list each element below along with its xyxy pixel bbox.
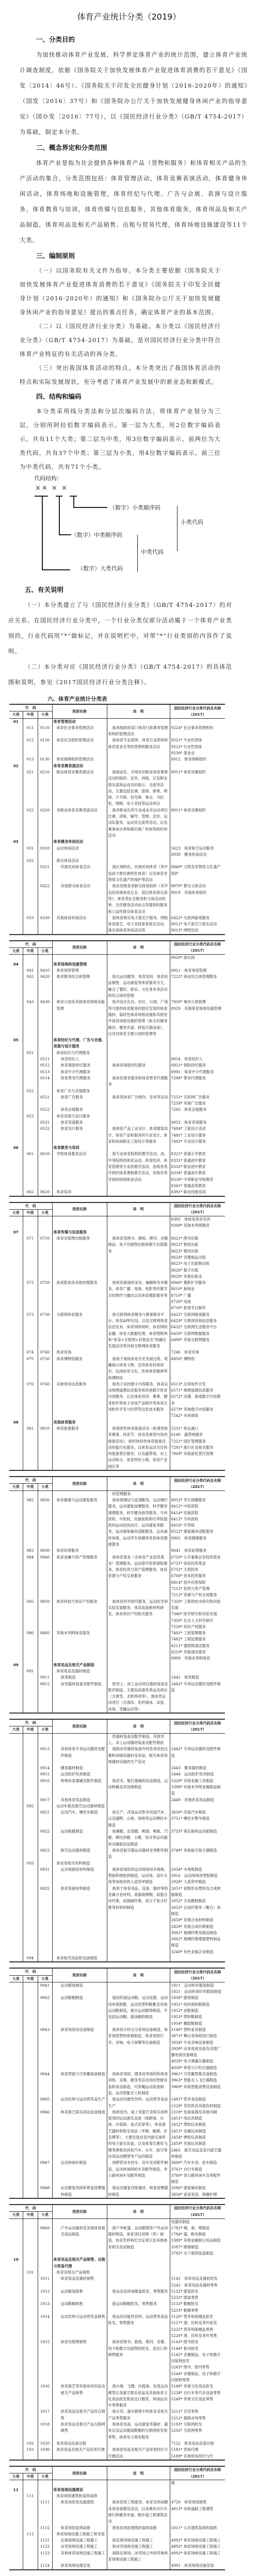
cell-category-name: 体育设计服务 [52,1126,107,1145]
cell-gb-codes: 2449 其他体育用品制造 [170,1797,225,1803]
cell-description [107,756,170,762]
cell-small-code: 0310 [38,845,52,858]
cell-mid-code: 071 [23,1235,38,1280]
cell-category-name: 运动船艇制造 [52,1828,107,1848]
cell-category-name: 运动饮料与运动营养品生产 [52,2096,107,2109]
cell-description [107,1189,170,1196]
gb-code-item: 3749* 其他航空航天器制造 [171,1848,224,1854]
cell-big-code [9,1746,23,1765]
table-row: 0514体育票务代理服务指体育票务服务和体育票务代理服务7298* 票务代理服务 [9,1075,225,1088]
gb-code-item: 8929 其他体育场地设施管理 [171,1006,224,1012]
cell-small-code: 0810 [38,1426,52,1470]
gb-code-item: 6490* 其他互联网服务 [171,1337,224,1343]
cell-description [107,1630,170,1662]
table-row: 0410410体育场馆管理8921 体育场馆管理 [9,968,225,974]
cell-description [107,2493,170,2499]
gb-code-item: 8211* 建筑物清洁服务 [171,1643,224,1649]
cell-gb-codes: 7850* 城市公园管理8929 其他体育场地设施管理 [170,999,225,1037]
cell-gb-codes [170,1037,225,1050]
cell-gb-codes: 2442* 专项运动器材及配件制造 [170,1681,225,1713]
cell-small-code: 0931 [38,1867,52,1886]
gb-code-item: 7340* 医学研究和试验发展 [171,1611,224,1617]
gb-code-item: 8622* 报纸出版 [171,1242,224,1248]
gb-code-item: 3587* 眼镜制造 [171,2244,224,2250]
cell-small-code [38,839,52,845]
cell-mid-code: 032 [23,858,38,864]
table-row: 0944体育智能与可穿戴装备制造指体育场馆、健身房等场所和体育训练、竞赛、健身等… [9,2071,225,2096]
gb-code-item: 3329* 其他金属工具制造 [171,1778,224,1784]
section-heading-principles: 三、编制原则 [0,248,258,264]
cell-big-code: 04 [9,961,23,968]
header-big: 大类 [9,2212,23,2218]
gb-code-item: 8621* 图书出版 [171,1235,224,1242]
gb-code-item: 5193* 互联网批发 [171,2421,224,2428]
header-mid: 中类 [23,1726,38,1733]
gb-code-item: 5249* 其他文化用品零售 [171,2396,224,2402]
table-page: 代 码类别名称说 明国民经济行业分类代码及名称（2017）大类中类小类的管理服务… [9,1476,225,1714]
cell-small-code: 0610 [38,1151,52,1189]
cell-small-code: 1030 [38,2447,52,2460]
gb-code-item: 8391* 职业技能培训 [171,1189,224,1195]
cell-gb-codes: 9052 体育表演服务 [170,1120,225,1126]
gb-code-item: 6422* 互联网游戏服务 [171,1312,224,1318]
cell-mid-code [23,2339,38,2383]
header-desc: 说 明 [107,1202,170,1216]
cell-gb-codes [170,1733,225,1746]
cell-description [107,1229,170,1235]
cell-category-name: 体育传媒与信息服务 [52,1229,107,1235]
table-row: 1015体育出版物销售指体育图书、报纸、期刊、音像、电子和数字出版物的批发、进出… [9,2339,225,2383]
cell-big-code [9,1497,23,1548]
cell-small-code: 0911 [38,1674,52,1681]
gb-code-item: 8999 其他未列明体育 [171,1655,224,1662]
cell-category-name: 体育博物馆服务 [52,1356,107,1381]
cell-small-code: 0750 [38,1356,52,1381]
cell-big-code [9,2289,23,2301]
cell-mid-code: 084 [23,1554,38,1599]
connector [42,496,43,570]
gb-code-item: 4720 体育场馆建筑 [171,2499,224,2505]
header-mid: 中类 [23,1484,38,1490]
header-big: 大类 [9,2473,23,2480]
cell-description [107,1216,170,1229]
cell-gb-codes: 5149* 其他文化用品批发5238* 自行车等代步设备零售5249* 其他文化… [170,2383,225,2409]
cell-description: 指雪上、冰上运动项目器材装备及配件制造。主要包括滑雪类运动项目（含滑雪、北欧两项… [107,1681,170,1713]
table-row: 0730730互联网体育服务指互联网体育健身与赛事服务平台，体育APP应用，以及… [9,1312,225,1350]
cell-gb-codes: 8060* 摄影扩印服务8610* 新闻业8710* 广播8720* 电视873… [170,1280,225,1311]
cell-mid-code [23,2276,38,2289]
cell-description: 指体育科学研究服务，运动医学和实验发展服务，体育装备新材料研发，体育知识产权相关… [107,1599,170,1630]
cell-category-name: 体育服务综合体管理 [52,974,107,999]
cell-description: 指运动及休闲服装批发、零售服务 [107,2289,170,2301]
cell-category-name: 学校体育教育活动 [52,1151,107,1189]
cell-description [107,1419,170,1426]
gb-code-item: 8341* 普通高等教育 [171,1183,224,1189]
cell-gb-codes: 8870* 群众文体活动8919 其他体育组织 [170,883,225,914]
cell-gb-codes: 9054 体育经纪人 [170,1056,225,1062]
header-code: 代 码 [9,1202,52,1210]
cell-description [107,1771,170,1777]
table-row: 0532体育设计服务指体育产品工业设计、体育服装设计、体育产品和服务的专业设计、… [9,1126,225,1145]
cell-category-name: 体育表演与设计服务 [52,1113,107,1120]
cell-gb-codes: 2441 球类制造 [170,1674,225,1681]
gb-code-item: 1491* 营养食品制造 [171,2096,224,2103]
cell-gb-codes: 7484* 工程设计活动7491* 工业设计服务7492* 专业设计服务 [170,1126,225,1145]
cell-mid-code: 043 [23,999,38,1037]
table-row: 0915运动防护用具制造2444 运动防护用具制造 [9,1771,225,1777]
gb-code-item: 8911* 体育竞赛组织 [171,769,224,775]
cell-big-code [9,1860,23,1867]
gb-code-item: 3961* 可穿戴智能设备制造 [171,2071,224,2077]
cell-small-code: 0513 [38,1069,52,1075]
cell-category-name: 体育场馆建筑和装饰装修 [52,2493,107,2499]
cell-gb-codes: 4892* 体育场地设施工程施工 [170,2550,225,2563]
cell-gb-codes: 5181* 贸易代理5189* 其他贸易经纪与代 [170,2447,225,2460]
cell-big-code [9,2531,23,2537]
table-row-major: 08其他体育服务 [9,1419,225,1426]
gb-code-item: 5238* 自行车等代步设备零售 [171,2390,224,2396]
table-row: 0430430体育公园及其他体育场地设施管理指对设在社区、村庄、公园、广场等可提… [9,999,225,1037]
cell-category-name: 体育票务代理服务 [52,1075,107,1088]
cell-category-name: 体育金融与资产管理服务 [52,1554,107,1599]
table-row-major: 07体育传媒与信息服务 [9,1229,225,1235]
table-row: 0512体育保险经纪服务指体育保险经纪服务6851* 保险经纪服务 [9,1062,225,1069]
gb-code-item: 3873* 舞台及场地用灯制造 [171,2033,224,2039]
gb-code-item: 5133* 鞋帽批发 [171,2301,224,2307]
cell-description: 的器材装备及配件制造，其他雪上、冰上运动器材装备及配件制造 [107,1733,170,1746]
table-row: 0740740体育咨询7246 体育咨询 [9,1349,225,1355]
gb-code-item: 2451* 电玩具制造 [171,2115,224,2122]
cell-category-name: 职业体育竞赛表演活动 [52,769,107,807]
header-desc: 说 明 [107,941,170,955]
cell-big-code: 02 [9,763,23,769]
cell-big-code [9,2441,23,2447]
gb-code-item: 5132* 服装批发 [171,2289,224,2295]
cell-small-code: 1018 [38,2421,52,2441]
cell-small-code: 0620 [38,1189,52,1196]
cell-mid-code: 102 [23,2441,38,2447]
cell-gb-codes [170,1803,225,1809]
bracket [137,535,138,572]
cell-description [107,1145,170,1151]
header-small: 小类 [38,2473,52,2480]
cell-description [107,1037,170,1050]
cell-description [107,1120,170,1126]
gb-code-item: 7283 体育会展服务 [171,1107,224,1113]
cell-small-code: 0949 [38,2225,52,2257]
gb-code-item: 2659* 其他合成材料制造 [171,1917,224,1923]
cell-big-code [9,2499,23,2524]
table-row: 032群众体育活动 [9,858,225,864]
cell-gb-codes: 4892* 体育场地设施工程施工 [170,2544,225,2550]
gb-code-item: 9054 体育经纪人 [171,1056,224,1062]
cell-category-name: 民族民间体育活动 [52,864,107,883]
cell-description: 指以运动健身、体育培训、体育用品销售、运动康复等体育服务为主，融合了餐饮、娱乐、… [107,974,170,999]
cell-small-code: 0730 [38,1312,52,1350]
cell-description: 指由各级各类群众体育组织（其中包括各级体育总会、基层体育俱乐部等）、体育类社会服… [107,883,170,914]
header-gb: 国民经济行业分类代码及名称（2017） [170,1719,225,1733]
cell-description [107,1107,170,1113]
cell-description: 指对设在社区、村庄、公园、广场等可提供体育服务的固定安装的体育器材、临时性体育场… [107,999,170,1037]
cell-category-name [52,1733,107,1746]
gb-code-item: 2928* 人造草坪制造 [171,1879,224,1885]
cell-mid-code [23,1746,38,1765]
cell-gb-codes: 5143* 图书批发5144* 报刊批发5145* 音像制品、电子和数字出版物批… [170,2339,225,2383]
header-name: 类别名称 [52,941,107,955]
cell-small-code: 0944 [38,2071,52,2096]
header-gb: 国民经济行业分类代码及名称（2017） [170,2466,225,2480]
cell-small-code [38,1662,52,1668]
gb-code-item: 4030* 钟表与计时仪器制造 [171,2065,224,2071]
cell-description: 指体育用品、运动康复等器材、器具以及运动服装鞋帽的互联网批发和零售，体育电子商务… [107,2421,170,2441]
table-row: 0943体育场馆用设备制造指体育计时记分系统设备制造，体育场馆塑料座椅制造，体育… [9,2027,225,2071]
cell-description: 指互联网体育健身与赛事服务平台，体育APP应用，以及互联网体育信息发布、体育网络… [107,1312,170,1350]
cell-category-name: 航空运动器材制造 [52,1848,107,1860]
cell-description [107,1955,170,1962]
cell-category-name: 体育社会事务管理活动 [52,725,107,738]
cell-small-code [38,1860,52,1867]
cell-description [107,1765,170,1771]
header-big: 大类 [9,711,23,718]
table-row-major: 01体育管理活动 [9,718,225,725]
cell-mid-code: 076 [23,1381,38,1419]
cell-gb-codes [170,1229,225,1235]
cell-mid-code [23,2550,38,2563]
cell-mid-code: 013 [23,756,38,762]
gb-code-item: 1784* 篷、帆布制造 [171,2231,224,2238]
cell-category-name: 体育竞赛表演活动 [52,763,107,769]
cell-big-code [9,1056,23,1062]
cell-description [107,2218,170,2225]
small-seq-label: （数字）小类顺序码 [109,503,160,512]
cell-description: 指体育计时记分系统设备制造，体育场馆塑料座椅制造，体育场馆灯光、音响、电子屏幕等… [107,2027,170,2071]
document-title: 体育产业统计分类（2019） [0,0,258,32]
cell-gb-codes: 2140* 塑料家具制造3873* 舞台及场地用灯制造3934* 专业音响设备制… [170,2027,225,2071]
gb-code-item: 7869* 其他游览景区管理 [171,1451,224,1457]
gb-code-item: 5232* 服装零售 [171,2295,224,2301]
cell-gb-codes [170,1860,225,1867]
header-name: 类别名称 [52,2205,107,2218]
header-name: 类别名称 [52,1477,107,1490]
cell-mid-code [23,1867,38,1886]
cell-gb-codes: 9521* 专业性团体9522* 行业性团体9530* 基金会 [170,737,225,756]
gb-code-item: 2653* 合成纤维单（聚合）体制造 [171,1905,224,1918]
gb-code-item: 4892* 体育场地设施工程施工 [171,2550,224,2556]
gb-code-item: 2454* 弹射玩具制造 [171,2134,224,2141]
gb-code-item: 2652* 合成橡胶制造 [171,1898,224,1904]
table-row: 1017体育用品及相关产品综合销售指百货、超市销售中的体育及相关产品零售服务52… [9,2409,225,2421]
cell-gb-codes: 3961* 可穿戴智能设备制造3963* 智能无人飞行器制造3969* 其他智能… [170,2071,225,2096]
cell-small-code: 0916 [38,1778,52,1797]
header-gb: 国民经济行业分类代码及名称（2017） [170,941,225,955]
cell-category-name: 互联网体育服务 [52,1312,107,1350]
gb-code-item: 3586* 康复辅具制造 [171,2185,224,2191]
gb-code-item: 6732* 天使投资 [171,1567,224,1573]
gb-code-item: 6720* 公开募集证券投资基金 [171,1554,224,1561]
cell-gb-codes: 8911* 体育竞赛组织 [170,769,225,807]
cell-mid-code [23,1809,38,1828]
cell-small-code: 0410 [38,968,52,974]
cell-description: 指体育票务服务和体育票务代理服务 [107,1075,170,1088]
gb-code-item: 1953* 塑料鞋制造 [171,2014,224,2020]
cell-description: 指体育馆工程服务、体育及休闲健身用房屋建设活动，以及城市自行车骑行和健身步道、跑… [107,2499,170,2524]
cell-small-code: 1122 [38,2544,52,2550]
cell-mid-code [23,1145,38,1151]
gb-code-item: 理 [171,2480,224,2486]
table-row: 0760760其他体育信息服务指电子竞技数字内容服务，体育运动地理遥感信息服务和… [9,1381,225,1419]
cell-mid-code [23,763,38,769]
gb-code-item: 3856* 家用美容、保健护理 [171,2192,224,2198]
cell-small-code: 0420 [38,974,52,999]
cell-gb-codes: 5132* 服装批发5232* 服装零售 [170,2289,225,2301]
table-row: 0110110体育社会事务管理活动指各级政府部门体育行政事务管理机构的管理活动9… [9,725,225,738]
gb-code-item: 2453* 金属玩具制造 [171,2128,224,2134]
cell-description: 指各类体育广告制作、发布等活动 [107,1094,170,1107]
table-row: 0922运动船艇制造指赛艇、皮划艇、帆船、帆板、汽艇、摩托快艇、小艇、轻舟等运动… [9,1828,225,1848]
cell-mid-code [23,1886,38,1955]
cell-big-code [9,1189,23,1196]
table-row: 0913其他体育专项运动器材及配件制造指除冰雪器材装备外的各项竞技比赛和训练用器… [9,1746,225,1765]
cell-big-code [9,769,23,807]
cell-mid-code [23,2499,38,2524]
cell-description [107,2269,170,2276]
table-row: 0911球类制造2441 球类制造 [9,1674,225,1681]
cell-mid-code: 011 [23,725,38,738]
cell-small-code: 0946 [38,2109,52,2160]
cell-big-code: 06 [9,1145,23,1151]
cell-mid-code: 072 [23,1280,38,1311]
gb-code-item: 1830* 服饰制造 [171,1995,224,2001]
gb-code-item: 2452* 塑胶玩具制造 [171,2122,224,2128]
table-row: 0830830体育彩票服务9041 体育彩票服务 [9,1548,225,1554]
cell-mid-code: 111 [23,2493,38,2499]
gb-code-item: 3630* 改装汽车制造 [171,1809,224,1816]
cell-small-code [38,1733,52,1746]
gb-code-item: 5531* 客运港口 [171,1426,224,1432]
gb-code-item: 2140* 塑料家具制造 [171,2027,224,2033]
cell-description [107,2276,170,2289]
cell-description: 指体育基金（含体育产业投资基金）管理服务，运动意外伤害保险服务，体育投资与资产管… [107,1554,170,1599]
cell-mid-code [23,1216,38,1229]
table-row: 8392 体校及体育培训8399* 其他未列明教育 [9,1216,225,1229]
gb-code-item: 8911* 体育竞赛组织 [171,807,224,814]
gb-code-item: 6429* 互联网其他信息服务 [171,1318,224,1324]
cell-description: 指体育专业团体、体育行业团体和体育基金会等的管理和服务活动 [107,737,170,756]
gb-code-item: 3389* 其他金属制日用品制造 [171,2238,224,2244]
cell-big-code [9,1681,23,1713]
cell-category-name: 体育健康与运动康复服务 [52,1497,107,1548]
cell-mid-code: 092 [23,1803,38,1809]
cell-category-name: 体育咨询 [52,1349,107,1355]
cell-mid-code: 022 [23,807,38,839]
cell-description: 指非职业化的专业或业余运动项目比赛、训练、辅导、管理、宣传、运动队服务、运动员交… [107,807,170,839]
table-row: 的管理服务 [9,1490,225,1497]
cell-mid-code [23,1662,38,1668]
cell-description [107,2487,170,2493]
cell-small-code: 1111 [38,2499,52,2524]
cell-category-name: 运动休闲车制造 [52,2160,107,2185]
gb-code-item: 2442* 专项运动器材及配件制造 [171,1746,224,1759]
gb-code-item: 6572* 动漫、游戏数字内容服务 [171,1394,224,1406]
table-page: 代 码类别名称说 明国民经济行业分类代码及名称（2017）大类中类小类9020*… [9,940,225,1197]
cell-mid-code [23,1069,38,1075]
cell-description [107,1674,170,1681]
gb-code-item: 1952* 皮鞋制造 [171,2008,224,2014]
gb-code-item: 4892* 体育场地设施工程施工 [171,2537,224,2544]
cell-small-code: 0330 [38,915,52,935]
gb-code-item: 8912 体育保障组织 [171,756,224,762]
cell-category-name: 运动服装销售 [52,2289,107,2301]
cell-description: 指赛艇、皮划艇、帆船、帆板、汽艇、摩托快艇、小艇、轻舟等运动器材及辅助用品制造 [107,1828,170,1848]
cell-category-name: 体育场地设施工程施工和安装 [52,2531,107,2537]
gb-code-item: 5244* 音像制品、电子和数字出版物零售 [171,2371,224,2384]
cell-category-name: 体育用品及器材制造 [52,1668,107,1674]
cell-gb-codes [170,763,225,769]
cell-small-code: 0220 [38,807,52,839]
document-page: 体育产业统计分类（2019） 一、分类目的 为加快推动体育产业发展，科学界定体育… [0,0,258,2570]
header-gb: 国民经济行业分类代码及名称（2017） [170,2205,225,2218]
cell-small-code: 0922 [38,1828,52,1848]
cell-small-code: 0860 [38,1630,52,1662]
cell-mid-code [23,2027,38,2071]
cell-category-name: 非职业体育竞赛表演活动 [52,807,107,839]
cell-mid-code: 041 [23,968,38,974]
cell-gb-codes [170,2269,225,2276]
cell-big-code [9,974,23,999]
cell-gb-codes: 4991 体育场地设施安装 [170,2563,225,2569]
cell-category-name: 健身器材制造 [52,1765,107,1771]
cell-gb-codes: 8912 体育保障组织 [170,756,225,762]
cell-small-code: 0430 [38,999,52,1037]
cell-mid-code: 075 [23,1356,38,1381]
cell-description [107,1069,170,1075]
gb-code-item: 5126* 营养和保健品批发 [171,2314,224,2320]
cell-mid-code [23,1490,38,1497]
cell-small-code: 0521 [38,1094,52,1107]
cell-small-code [38,718,52,725]
header-code: 代 码 [9,1968,52,1975]
gb-code-item: 2443 健身器材制造 [171,1765,224,1771]
gb-code-item: 7482* 工程监理服务 [171,1636,224,1642]
gb-code-item: 3963* 智能无人飞行器制造 [171,2077,224,2083]
cell-small-code: 1123 [38,2550,52,2563]
cell-description [107,1797,170,1803]
cell-description [107,763,170,769]
table-row: 理 [9,2480,225,2487]
cell-small-code: 0921 [38,1809,52,1828]
cell-small-code [38,1955,52,1962]
cell-category-name: 体育用品设备出租 [52,2441,107,2447]
cell-small-code: 0740 [38,1349,52,1355]
cell-category-name: 体育广告与会展服务 [52,1088,107,1094]
cell-mid-code: 082 [23,1497,38,1548]
cell-gb-codes: 8621* 图书出版8622* 报纸出版8623* 期刊出版8624* 音像制品… [170,1235,225,1280]
cell-big-code [9,2480,23,2487]
cell-big-code [9,1235,23,1280]
cell-mid-code [23,1778,38,1797]
table-row: 0947运动休闲车制造指野营房车挂车、房车及其配件制造，运动休闲两轮车及配件制造… [9,2160,225,2185]
cell-big-code [9,2071,23,2096]
gb-code-item: 8219* 其他清洁服务 [171,1649,224,1655]
table-row: 0620620体育培训8391* 职业技能培训 [9,1189,225,1196]
cell-gb-codes: 2444 运动防护用具制造 [170,1771,225,1777]
table-row: 0840840体育金融与资产管理服务指体育基金（含体育产业投资基金）管理服务，运… [9,1554,225,1599]
cell-gb-codes: 7246 体育咨询 [170,1349,225,1355]
cell-small-code: 0531 [38,1120,52,1126]
table-row: 0942运动鞋帽制造指纺织面运动鞋、运动皮鞋、运动用布面胶鞋、运动用塑料鞋靴及其… [9,1995,225,2026]
section-heading-notes: 五、有关说明 [0,582,258,598]
gb-code-item: 8415* 专科医院 [171,1516,224,1522]
